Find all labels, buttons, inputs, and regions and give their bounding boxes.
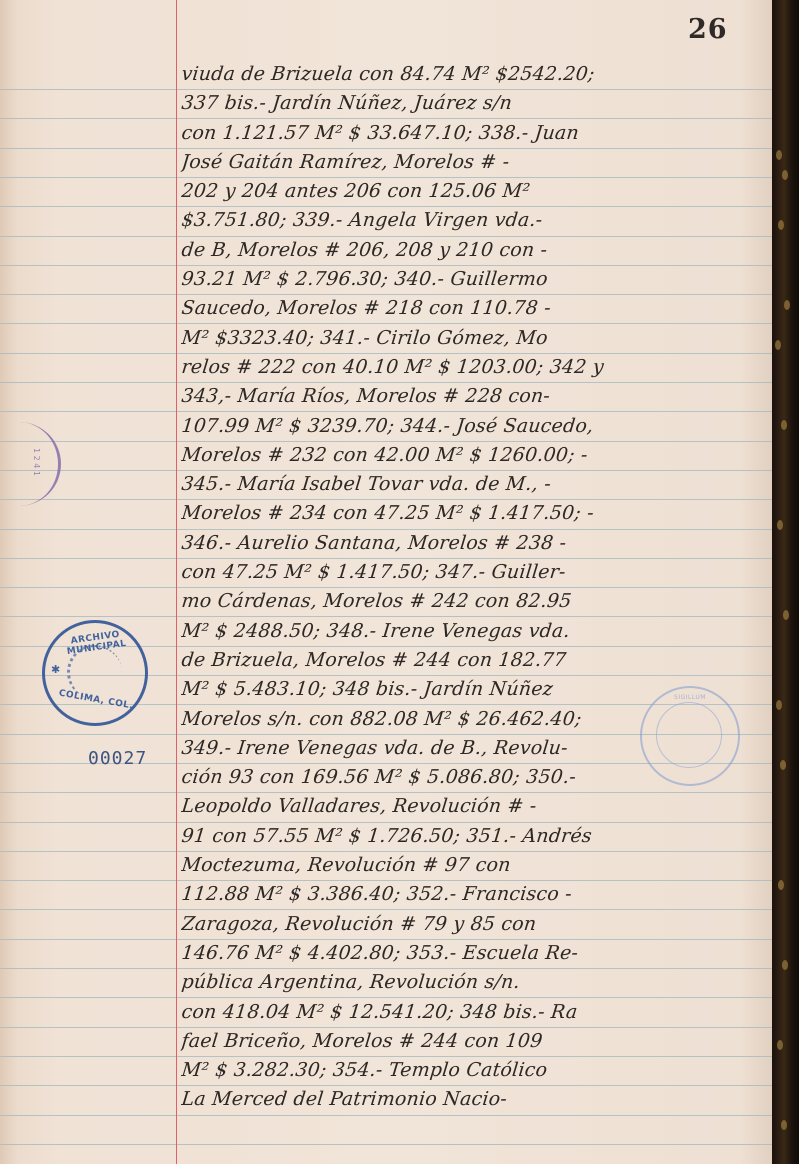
handwritten-line: M² $ 5.483.10; 348 bis.- Jardín Núñez — [180, 675, 771, 704]
handwritten-line: 343,- María Ríos, Morelos # 228 con- — [180, 382, 771, 411]
handwritten-line: pública Argentina, Revolución s/n. — [180, 968, 771, 997]
marble-speck — [778, 220, 784, 230]
handwritten-line: mo Cárdenas, Morelos # 242 con 82.95 — [180, 587, 771, 616]
ledger-page: 26 1 2 4 1 ARCHIVO MUNICIPAL ✱ COLIMA, C… — [0, 0, 772, 1164]
handwritten-line: fael Briceño, Morelos # 244 con 109 — [180, 1027, 771, 1056]
handwritten-line: Morelos # 234 con 47.25 M² $ 1.417.50; - — [180, 499, 771, 528]
purple-stamp-text: 1 2 4 1 — [32, 448, 41, 476]
marble-speck — [780, 760, 786, 770]
marble-speck — [782, 960, 788, 970]
handwritten-line: 346.- Aurelio Santana, Morelos # 238 - — [180, 529, 771, 558]
handwritten-line: ción 93 con 169.56 M² $ 5.086.80; 350.- — [180, 763, 771, 792]
handwritten-line: M² $3323.40; 341.- Cirilo Gómez, Mo — [180, 324, 771, 353]
handwritten-line: viuda de Brizuela con 84.74 M² $2542.20; — [180, 60, 771, 89]
handwritten-line: Saucedo, Morelos # 218 con 110.78 - — [180, 294, 771, 323]
marble-speck — [781, 1120, 787, 1130]
archivo-municipal-stamp: ARCHIVO MUNICIPAL ✱ COLIMA, COL. — [42, 620, 148, 726]
handwritten-line: Zaragoza, Revolución # 79 y 85 con — [180, 910, 771, 939]
handwritten-line: José Gaitán Ramírez, Morelos # - — [180, 148, 771, 177]
marble-speck — [783, 610, 789, 620]
handwritten-line: 112.88 M² $ 3.386.40; 352.- Francisco - — [180, 880, 771, 909]
handwritten-line: 337 bis.- Jardín Núñez, Juárez s/n — [180, 89, 771, 118]
marble-speck — [782, 170, 788, 180]
ruled-line — [0, 1144, 772, 1145]
handwritten-line: Moctezuma, Revolución # 97 con — [180, 851, 771, 880]
handwritten-line: 107.99 M² $ 3239.70; 344.- José Saucedo, — [180, 412, 771, 441]
marble-speck — [777, 1040, 783, 1050]
handwritten-line: 345.- María Isabel Tovar vda. de M., - — [180, 470, 771, 499]
marble-speck — [781, 420, 787, 430]
page-number: 26 — [688, 14, 728, 45]
handwritten-line: de B, Morelos # 206, 208 y 210 con - — [180, 236, 771, 265]
handwritten-line: con 1.121.57 M² $ 33.647.10; 338.- Juan — [180, 119, 771, 148]
handwritten-line: 202 y 204 antes 206 con 125.06 M² — [180, 177, 771, 206]
marble-speck — [784, 300, 790, 310]
marble-speck — [775, 340, 781, 350]
red-margin-line — [176, 0, 177, 1164]
handwritten-line: Leopoldo Valladares, Revolución # - — [180, 792, 771, 821]
stamp-star-icon: ✱ — [51, 663, 60, 676]
handwritten-line: M² $ 3.282.30; 354.- Templo Católico — [180, 1056, 771, 1085]
marble-speck — [777, 520, 783, 530]
handwritten-line: 91 con 57.55 M² $ 1.726.50; 351.- Andrés — [180, 822, 771, 851]
handwritten-line: M² $ 2488.50; 348.- Irene Venegas vda. — [180, 617, 771, 646]
handwritten-line: Morelos s/n. con 882.08 M² $ 26.462.40; — [180, 705, 771, 734]
handwritten-line: 93.21 M² $ 2.796.30; 340.- Guillermo — [180, 265, 771, 294]
handwritten-entries: viuda de Brizuela con 84.74 M² $2542.20;… — [180, 60, 768, 1115]
handwritten-line: 349.- Irene Venegas vda. de B., Revolu- — [180, 734, 771, 763]
folio-number: 00027 — [88, 748, 147, 769]
handwritten-line: 146.76 M² $ 4.402.80; 353.- Escuela Re- — [180, 939, 771, 968]
handwritten-line: La Merced del Patrimonio Nacio- — [180, 1085, 771, 1114]
marble-speck — [776, 700, 782, 710]
handwritten-line: Morelos # 232 con 42.00 M² $ 1260.00; - — [180, 441, 771, 470]
handwritten-line: de Brizuela, Morelos # 244 con 182.77 — [180, 646, 771, 675]
handwritten-line: con 47.25 M² $ 1.417.50; 347.- Guiller- — [180, 558, 771, 587]
marble-speck — [776, 150, 782, 160]
book-binding-edge — [772, 0, 799, 1164]
handwritten-line: con 418.04 M² $ 12.541.20; 348 bis.- Ra — [180, 998, 771, 1027]
marble-speck — [778, 880, 784, 890]
handwritten-line: $3.751.80; 339.- Angela Virgen vda.- — [180, 206, 771, 235]
handwritten-line: relos # 222 con 40.10 M² $ 1203.00; 342 … — [180, 353, 771, 382]
